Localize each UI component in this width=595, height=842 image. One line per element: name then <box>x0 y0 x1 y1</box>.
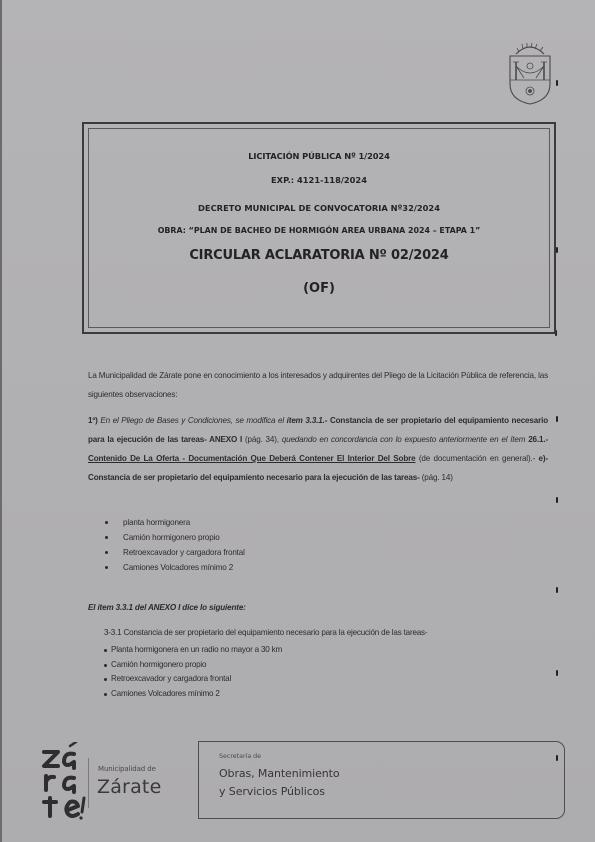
intro-paragraph: La Municipalidad de Zárate pone en conoc… <box>88 366 548 404</box>
zarate-logo-icon <box>40 742 88 824</box>
secretariat-name-line2: y Servicios Públicos <box>219 785 325 798</box>
item-reference: ítem 3.3.1.- <box>287 416 328 425</box>
expediente-number: EXP.: 4121-118/2024 <box>84 175 554 185</box>
para-text: (de documentación en general).- <box>415 454 535 463</box>
scan-mark <box>556 80 558 86</box>
secretariat-label: Secretaría de <box>219 753 261 760</box>
scan-mark <box>556 497 558 503</box>
scan-mark <box>556 247 558 253</box>
footer-divider <box>88 758 89 808</box>
equipment-list: planta hormigonera Camión hormigonero pr… <box>103 515 245 575</box>
obra-line: OBRA: “PLAN DE BACHEO DE HORMIGÓN AREA U… <box>84 226 554 235</box>
annex-quote-lead: 3-3.1 Constancia de ser propietario del … <box>104 628 427 637</box>
municipality-label: Municipalidad de <box>98 765 156 773</box>
list-item: Camiones Volcadores mínimo 2 <box>103 560 245 575</box>
para-text: En el Pliego de Bases y Condiciones, se … <box>98 416 287 425</box>
observation-number: 1º) <box>88 416 98 425</box>
document-page: LICITACIÓN PÚBLICA Nº 1/2024 EXP.: 4121-… <box>0 0 595 842</box>
observation-1-paragraph: 1º) En el Pliego de Bases y Condiciones,… <box>88 411 548 487</box>
circular-title: CIRCULAR ACLARATORIA Nº 02/2024 <box>84 248 554 263</box>
title-box: LICITACIÓN PÚBLICA Nº 1/2024 EXP.: 4121-… <box>82 122 556 334</box>
licitacion-title: LICITACIÓN PÚBLICA Nº 1/2024 <box>84 151 554 161</box>
list-item: Retroexcavador y cargadora frontal <box>103 545 245 560</box>
list-item: Planta hormigonera en un radio no mayor … <box>104 643 282 658</box>
page-ref: (pág. 14) <box>420 473 453 482</box>
municipality-name: Zárate <box>97 776 161 798</box>
page-ref: (pág. 34), <box>242 435 282 444</box>
secretariat-name-line1: Obras, Mantenimiento <box>219 767 340 780</box>
underlined-section-title: Contenido De La Oferta - Documentación Q… <box>88 454 415 463</box>
annex-heading: El ítem 3.3.1 del ANEXO I dice lo siguie… <box>88 603 246 612</box>
secretariat-box: Secretaría de Obras, Mantenimiento y Ser… <box>198 741 565 819</box>
item-reference: 26.1.- <box>528 435 548 444</box>
list-item: Retroexcavador y cargadora frontal <box>104 672 282 687</box>
list-item: Camiones Volcadores mínimo 2 <box>104 687 282 702</box>
scan-mark <box>556 670 558 676</box>
decreto-line: DECRETO MUNICIPAL DE CONVOCATORIA Nº32/2… <box>84 203 554 213</box>
page-edge <box>0 0 2 842</box>
circular-suffix: (OF) <box>84 281 554 296</box>
list-item: Camión hormigonero propio <box>104 658 282 673</box>
list-item: planta hormigonera <box>103 515 245 530</box>
annex-equipment-list: Planta hormigonera en un radio no mayor … <box>104 643 282 701</box>
coat-of-arms-icon <box>502 40 558 106</box>
scan-mark <box>556 416 558 422</box>
list-item: Camión hormigonero propio <box>103 530 245 545</box>
para-text: quedando en concordancia con lo expuesto… <box>282 435 528 444</box>
scan-mark <box>556 587 558 593</box>
